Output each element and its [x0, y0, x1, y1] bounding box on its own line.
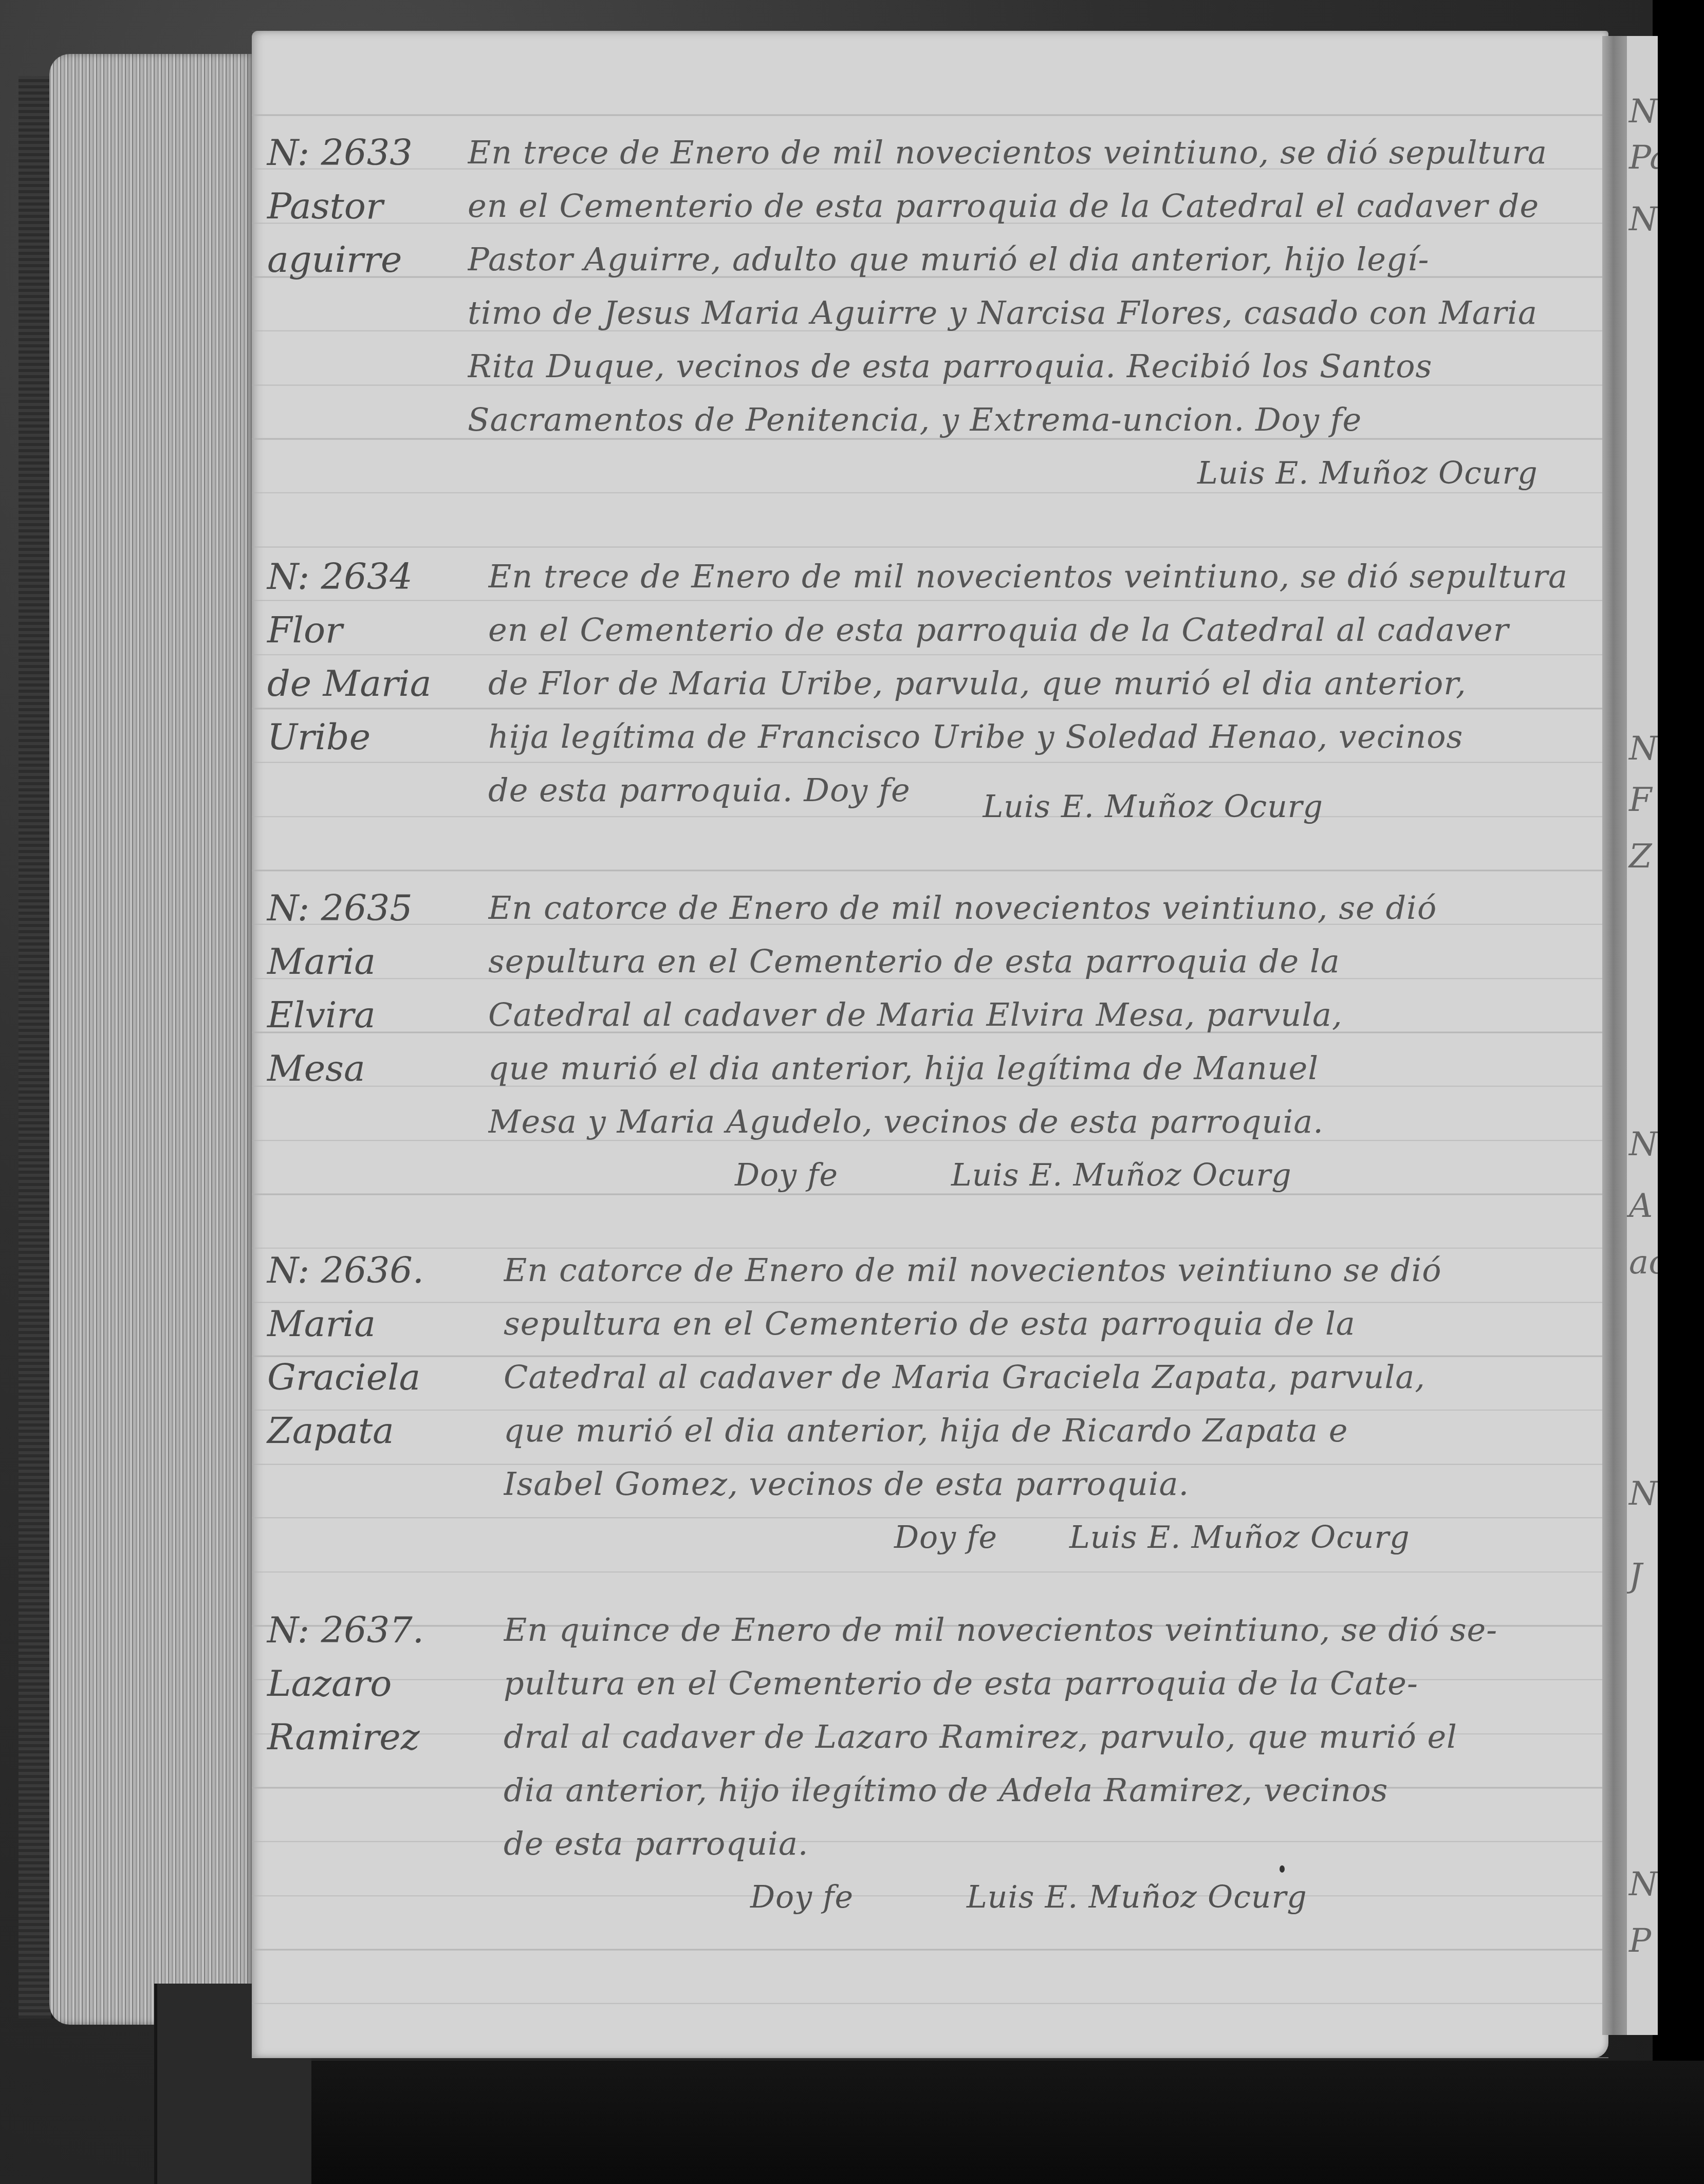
- margin-name-line: Elvira: [267, 988, 462, 1042]
- entry-line: En trece de Enero de mil novecientos vei…: [468, 126, 1588, 179]
- margin-name-line: Graciela: [267, 1350, 462, 1404]
- entry-number: N: 2635: [267, 881, 462, 935]
- entry-line: en el Cementerio de esta parroquia de la…: [468, 179, 1588, 233]
- entry-line: que murió el dia anterior, hija legítima…: [488, 1042, 1608, 1095]
- entry-text: En trece de Enero de mil novecientos vei…: [468, 126, 1588, 500]
- margin-name-line: Maria: [267, 935, 462, 988]
- attestation: Doy fe: [894, 1520, 997, 1556]
- entry-line: Isabel Gomez, vecinos de esta parroquia.: [504, 1457, 1624, 1511]
- margin-name-line: Zapata: [267, 1404, 462, 1457]
- adjacent-fragment: N: [1629, 200, 1658, 238]
- entry-number: N: 2634: [267, 550, 462, 603]
- margin-name-line: de Maria: [267, 657, 462, 710]
- entry-margin: N: 2633 Pastor aguirre: [267, 126, 462, 286]
- attestation: Doy fe: [735, 1157, 838, 1193]
- priest-signature: Luis E. Muñoz Ocurg: [921, 780, 1323, 834]
- margin-name-line: aguirre: [267, 233, 462, 286]
- entry-line: pultura en el Cementerio de esta parroqu…: [504, 1657, 1624, 1710]
- priest-signature: Luis E. Muñoz Ocurg: [468, 447, 1588, 500]
- entry-text: En catorce de Enero de mil novecientos v…: [488, 881, 1608, 1202]
- adjacent-fragment: ac: [1629, 1244, 1658, 1282]
- entry-number: N: 2637.: [267, 1603, 462, 1657]
- entry-margin: N: 2637. Lazaro Ramirez: [267, 1603, 462, 1764]
- priest-signature: Luis E. Muñoz Ocurg: [848, 1157, 1292, 1193]
- attestation: Doy fe: [750, 1879, 854, 1915]
- entry-margin: N: 2634 Flor de Maria Uribe: [267, 550, 462, 764]
- entry-line: Mesa y Maria Agudelo, vecinos de esta pa…: [488, 1095, 1608, 1149]
- register-page: N: 2633 Pastor aguirre En trece de Enero…: [252, 31, 1608, 2058]
- scan-border-right: [1653, 0, 1704, 2184]
- adjacent-fragment: A: [1629, 1187, 1653, 1225]
- entry-line: sepultura en el Cementerio de esta parro…: [504, 1297, 1624, 1350]
- entry-line: en el Cementerio de esta parroquia de la…: [488, 603, 1608, 657]
- adjacent-fragment: Z: [1629, 838, 1652, 876]
- margin-name-line: Flor: [267, 603, 462, 657]
- entry-line: de esta parroquia.: [504, 1817, 1624, 1871]
- entry-line: hija legítima de Francisco Uribe y Soled…: [488, 710, 1608, 764]
- entry-text: En trece de Enero de mil novecientos vei…: [488, 550, 1608, 834]
- entry-line: En quince de Enero de mil novecientos ve…: [504, 1603, 1624, 1657]
- entry-line: Pastor Aguirre, adulto que murió el dia …: [468, 233, 1588, 286]
- page-gutter-shadow: [1602, 36, 1627, 2035]
- adjacent-fragment: J: [1629, 1557, 1642, 1595]
- entry-line: dia anterior, hijo ilegítimo de Adela Ra…: [504, 1764, 1624, 1817]
- adjacent-page-edge: N Pa N N F Z N A ac N J N P: [1627, 36, 1658, 2035]
- entry-number: N: 2636.: [267, 1244, 462, 1297]
- entry-line: En catorce de Enero de mil novecientos v…: [504, 1244, 1624, 1297]
- adjacent-fragment: P: [1629, 1922, 1651, 1960]
- adjacent-fragment: N: [1629, 1475, 1658, 1513]
- priest-signature: Luis E. Muñoz Ocurg: [864, 1879, 1307, 1915]
- entry-line: Rita Duque, vecinos de esta parroquia. R…: [468, 340, 1588, 393]
- entry-line: Catedral al cadaver de Maria Elvira Mesa…: [488, 988, 1608, 1042]
- adjacent-fragment: N: [1629, 1865, 1658, 1903]
- signature-line: Doy fe Luis E. Muñoz Ocurg: [504, 1871, 1624, 1924]
- adjacent-fragment: N: [1629, 1125, 1658, 1163]
- page-edges-stack: [49, 54, 255, 2025]
- margin-name-line: Uribe: [267, 710, 462, 764]
- margin-name-line: Maria: [267, 1297, 462, 1350]
- entry-line: sepultura en el Cementerio de esta parro…: [488, 935, 1608, 988]
- adjacent-fragment: N: [1629, 730, 1658, 768]
- entry-line: que murió el dia anterior, hija de Ricar…: [504, 1404, 1624, 1457]
- entry-text: En quince de Enero de mil novecientos ve…: [504, 1603, 1624, 1924]
- entry-line: timo de Jesus Maria Aguirre y Narcisa Fl…: [468, 286, 1588, 340]
- priest-signature: Luis E. Muñoz Ocurg: [1008, 1520, 1410, 1556]
- adjacent-fragment: N: [1629, 92, 1658, 131]
- book-cover-spine: [18, 76, 53, 2019]
- adjacent-fragment: Pa: [1629, 139, 1658, 177]
- margin-name-line: Ramirez: [267, 1710, 462, 1764]
- margin-name-line: Mesa: [267, 1042, 462, 1095]
- entry-line: Catedral al cadaver de Maria Graciela Za…: [504, 1350, 1624, 1404]
- signature-line: Doy fe Luis E. Muñoz Ocurg: [504, 1511, 1624, 1564]
- entry-margin: N: 2636. Maria Graciela Zapata: [267, 1244, 462, 1457]
- entry-line: En trece de Enero de mil novecientos vei…: [488, 550, 1608, 603]
- ink-spot: [1280, 1865, 1285, 1873]
- margin-name-line: Pastor: [267, 179, 462, 233]
- margin-name-line: Lazaro: [267, 1657, 462, 1710]
- entry-line: de Flor de Maria Uribe, parvula, que mur…: [488, 657, 1608, 710]
- entry-line: Sacramentos de Penitencia, y Extrema-unc…: [468, 393, 1588, 447]
- entry-text: En catorce de Enero de mil novecientos v…: [504, 1244, 1624, 1564]
- entry-line: de esta parroquia. Doy fe: [488, 764, 911, 817]
- entry-margin: N: 2635 Maria Elvira Mesa: [267, 881, 462, 1095]
- entry-line: En catorce de Enero de mil novecientos v…: [488, 881, 1608, 935]
- entry-number: N: 2633: [267, 126, 462, 179]
- book-cover-bottom: [308, 2061, 1704, 2184]
- adjacent-fragment: F: [1629, 781, 1652, 819]
- signature-line: Doy fe Luis E. Muñoz Ocurg: [488, 1149, 1608, 1202]
- entry-line: dral al cadaver de Lazaro Ramirez, parvu…: [504, 1710, 1624, 1764]
